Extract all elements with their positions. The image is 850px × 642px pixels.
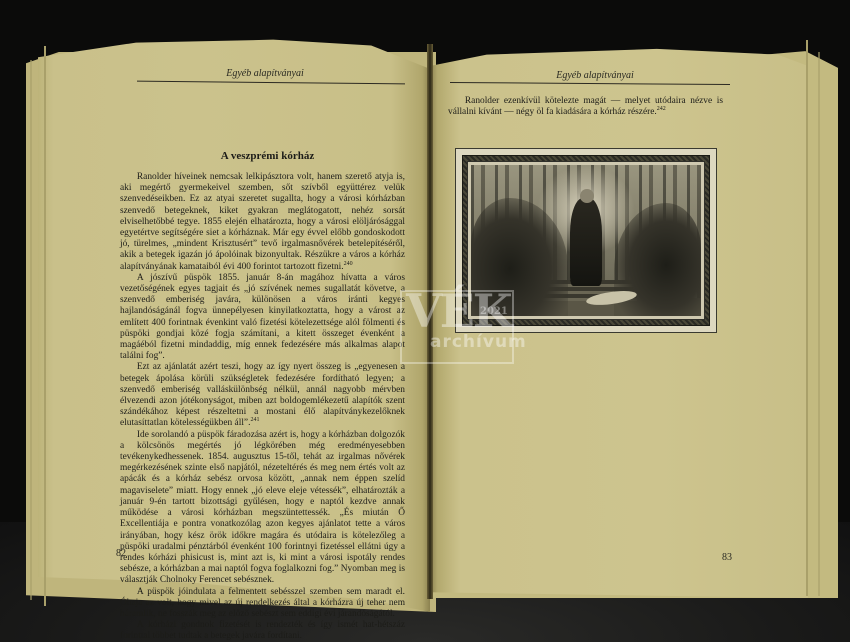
right-page-number: 83	[722, 552, 732, 563]
scene-crowd-left	[471, 198, 568, 316]
book-gutter	[427, 44, 433, 599]
left-body-text: Ranolder híveinek nemcsak lelkipásztora …	[120, 172, 405, 642]
paragraph: Ide sorolandó a püspök fáradozása azért …	[120, 430, 405, 587]
scene-bishop-head	[580, 189, 594, 203]
paragraph: Ranolder ezenkívül kötelezte magát — mel…	[448, 96, 723, 118]
scene-bishop-figure	[570, 198, 602, 286]
page-edge-line	[818, 52, 820, 596]
paragraph: A kórházi gondnok fizetését is rendezték…	[120, 620, 405, 642]
page-edge-line	[30, 60, 32, 600]
figure-inner-panel	[467, 161, 705, 320]
paragraph: A püspök jóindulata a felmentett sebéssz…	[120, 587, 405, 621]
paragraph: A jószívű püspök 1855. január 8-án magáh…	[120, 273, 405, 363]
engraving-illustration	[455, 148, 717, 333]
engraving-scene	[471, 165, 701, 316]
right-running-head: Egyéb alapítványai	[470, 70, 720, 81]
left-running-head: Egyéb alapítványai	[140, 68, 390, 79]
page-edge-line	[806, 40, 808, 596]
paragraph: Ezt az ajánlatát azért teszi, hogy az íg…	[120, 362, 405, 429]
page-edge-line	[44, 46, 46, 606]
section-title: A veszprémi kórház	[140, 150, 395, 162]
left-page-number: 82	[116, 548, 126, 559]
paragraph: Ranolder híveinek nemcsak lelkipásztora …	[120, 172, 405, 273]
right-body-text: Ranolder ezenkívül kötelezte magát — mel…	[448, 96, 723, 118]
